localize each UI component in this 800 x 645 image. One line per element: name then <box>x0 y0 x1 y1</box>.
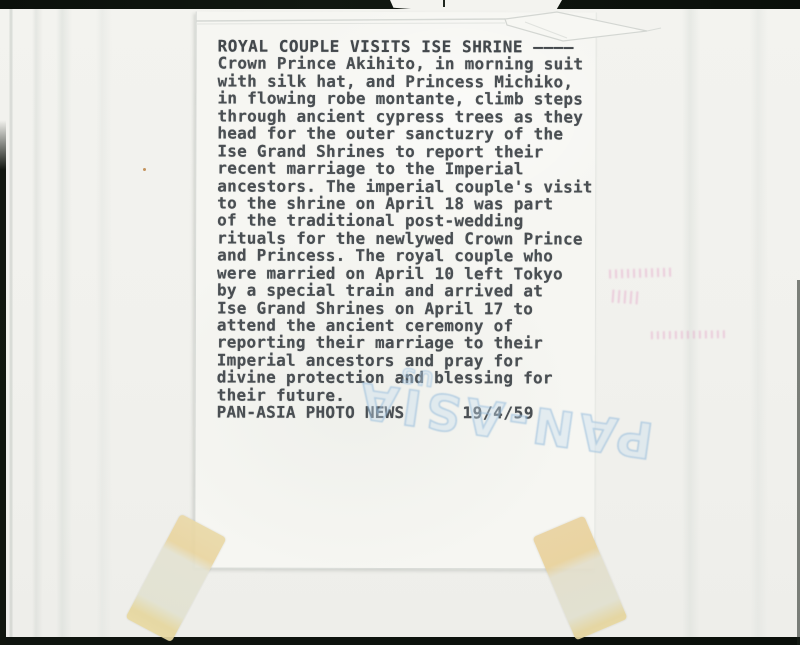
pink-bleedthrough-mark <box>651 330 725 339</box>
press-photo-back: ROYAL COUPLE VISITS ISE SHRINE ———— Crow… <box>0 0 800 645</box>
adhesive-tape-left <box>125 514 226 643</box>
caption-line: reporting their marriage to their <box>217 334 591 352</box>
paper-tear-mark <box>443 0 445 7</box>
typed-caption-sheet: ROYAL COUPLE VISITS ISE SHRINE ———— Crow… <box>194 11 596 569</box>
caption-line: and Princess. The royal couple who <box>217 247 591 265</box>
fold-crease <box>195 8 665 52</box>
caption-line: in flowing robe montante, climb steps <box>217 90 591 108</box>
scan-frame-bottom <box>0 637 800 645</box>
pink-bleedthrough-mark <box>609 268 671 279</box>
pink-bleedthrough-mark <box>612 290 641 305</box>
caption-line: recent marriage to the Imperial <box>217 160 591 178</box>
caption-line: of the traditional post-wedding <box>217 212 591 230</box>
caption-line: ancestors. The imperial couple's visit <box>217 177 591 195</box>
adhesive-tape-right <box>532 516 627 641</box>
scan-frame-left <box>0 0 6 645</box>
caption-line: Crown Prince Akihito, in morning suit <box>218 55 592 73</box>
caption-line: head for the outer sanctuzry of the <box>217 125 591 143</box>
caption-line: by a special train and arrived at <box>217 282 591 300</box>
paper-speck <box>143 168 146 171</box>
